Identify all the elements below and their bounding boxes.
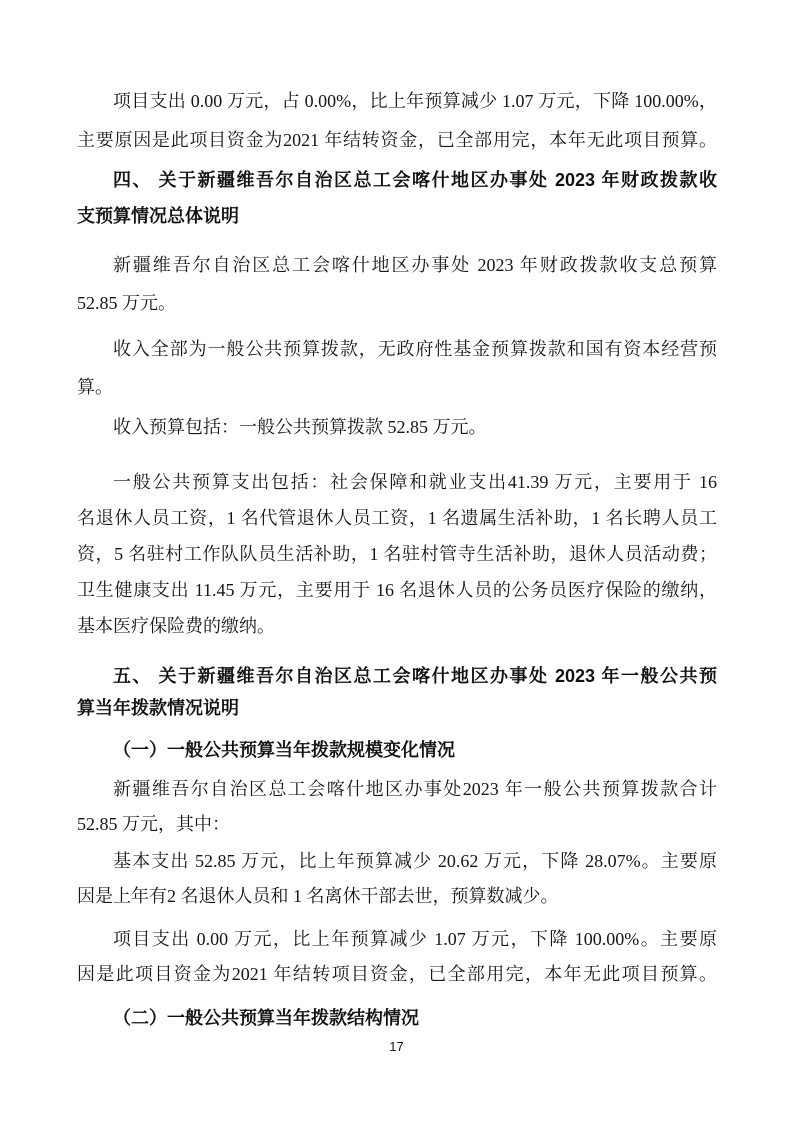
text-line: 收入全部为一般公共预算拨款，无政府性基金预算拨款和国有资本经营预 — [77, 330, 717, 368]
paragraph: 一般公共预算支出包括：社会保障和就业支出41.39 万元，主要用于 16名退休人… — [77, 464, 717, 644]
paragraph: 收入预算包括：一般公共预算拨款 52.85 万元。 — [77, 408, 717, 446]
text-line: 52.85 万元。 — [77, 284, 717, 322]
text-line: 基本支出 52.85 万元，比上年预算减少 20.62 万元，下降 28.07%… — [77, 844, 717, 879]
text-line: 资，5 名驻村工作队队员生活补助，1 名驻村管寺生活补助，退休人员活动费； — [77, 536, 717, 572]
text-line: 基本医疗保险费的缴纳。 — [77, 608, 717, 644]
document-body: 项目支出 0.00 万元，占 0.00%，比上年预算减少 1.07 万元，下降 … — [0, 0, 793, 1034]
page-number: 17 — [0, 1038, 793, 1056]
section-heading: 四、 关于新疆维吾尔自治区总工会喀什地区办事处 2023 年财政拨款收支预算情况… — [77, 162, 717, 234]
text-line: （二）一般公共预算当年拨款结构情况 — [77, 1002, 717, 1034]
document-page: 项目支出 0.00 万元，占 0.00%，比上年预算减少 1.07 万元，下降 … — [0, 0, 793, 1122]
text-line: 52.85 万元，其中： — [77, 807, 717, 842]
paragraph: 项目支出 0.00 万元，比上年预算减少 1.07 万元，下降 100.00%。… — [77, 922, 717, 992]
text-line: 名退休人员工资，1 名代管退休人员工资，1 名遗属生活补助，1 名长聘人员工 — [77, 500, 717, 536]
text-line: 项目支出 0.00 万元，占 0.00%，比上年预算减少 1.07 万元，下降 … — [77, 82, 717, 121]
text-line: 卫生健康支出 11.45 万元，主要用于 16 名退休人员的公务员医疗保险的缴纳… — [77, 572, 717, 608]
paragraph: 新疆维吾尔自治区总工会喀什地区办事处 2023 年财政拨款收支总预算52.85 … — [77, 246, 717, 322]
text-line: 主要原因是此项目资金为2021 年结转资金，已全部用完，本年无此项目预算。 — [77, 121, 717, 160]
paragraph: 项目支出 0.00 万元，占 0.00%，比上年预算减少 1.07 万元，下降 … — [77, 82, 717, 160]
sub-section-heading: （二）一般公共预算当年拨款结构情况 — [77, 1002, 717, 1034]
text-line: 因是上年有2 名退休人员和 1 名离休干部去世，预算数减少。 — [77, 879, 717, 914]
text-line: 新疆维吾尔自治区总工会喀什地区办事处 2023 年财政拨款收支总预算 — [77, 246, 717, 284]
section-heading: 五、 关于新疆维吾尔自治区总工会喀什地区办事处 2023 年一般公共预算当年拨款… — [77, 660, 717, 724]
text-line: 算。 — [77, 368, 717, 406]
text-line: 四、 关于新疆维吾尔自治区总工会喀什地区办事处 2023 年财政拨款收 — [77, 162, 717, 198]
paragraph: 新疆维吾尔自治区总工会喀什地区办事处2023 年一般公共预算拨款合计52.85 … — [77, 772, 717, 842]
paragraph: 收入全部为一般公共预算拨款，无政府性基金预算拨款和国有资本经营预算。 — [77, 330, 717, 406]
text-line: 一般公共预算支出包括：社会保障和就业支出41.39 万元，主要用于 16 — [77, 464, 717, 500]
text-line: 项目支出 0.00 万元，比上年预算减少 1.07 万元，下降 100.00%。… — [77, 922, 717, 957]
paragraph: 基本支出 52.85 万元，比上年预算减少 20.62 万元，下降 28.07%… — [77, 844, 717, 914]
text-line: （一）一般公共预算当年拨款规模变化情况 — [77, 734, 717, 766]
sub-section-heading: （一）一般公共预算当年拨款规模变化情况 — [77, 734, 717, 766]
text-line: 因是此项目资金为2021 年结转项目资金，已全部用完，本年无此项目预算。 — [77, 957, 717, 992]
text-line: 算当年拨款情况说明 — [77, 692, 717, 724]
text-line: 支预算情况总体说明 — [77, 198, 717, 234]
text-line: 收入预算包括：一般公共预算拨款 52.85 万元。 — [77, 408, 717, 446]
text-line: 新疆维吾尔自治区总工会喀什地区办事处2023 年一般公共预算拨款合计 — [77, 772, 717, 807]
text-line: 五、 关于新疆维吾尔自治区总工会喀什地区办事处 2023 年一般公共预 — [77, 660, 717, 692]
